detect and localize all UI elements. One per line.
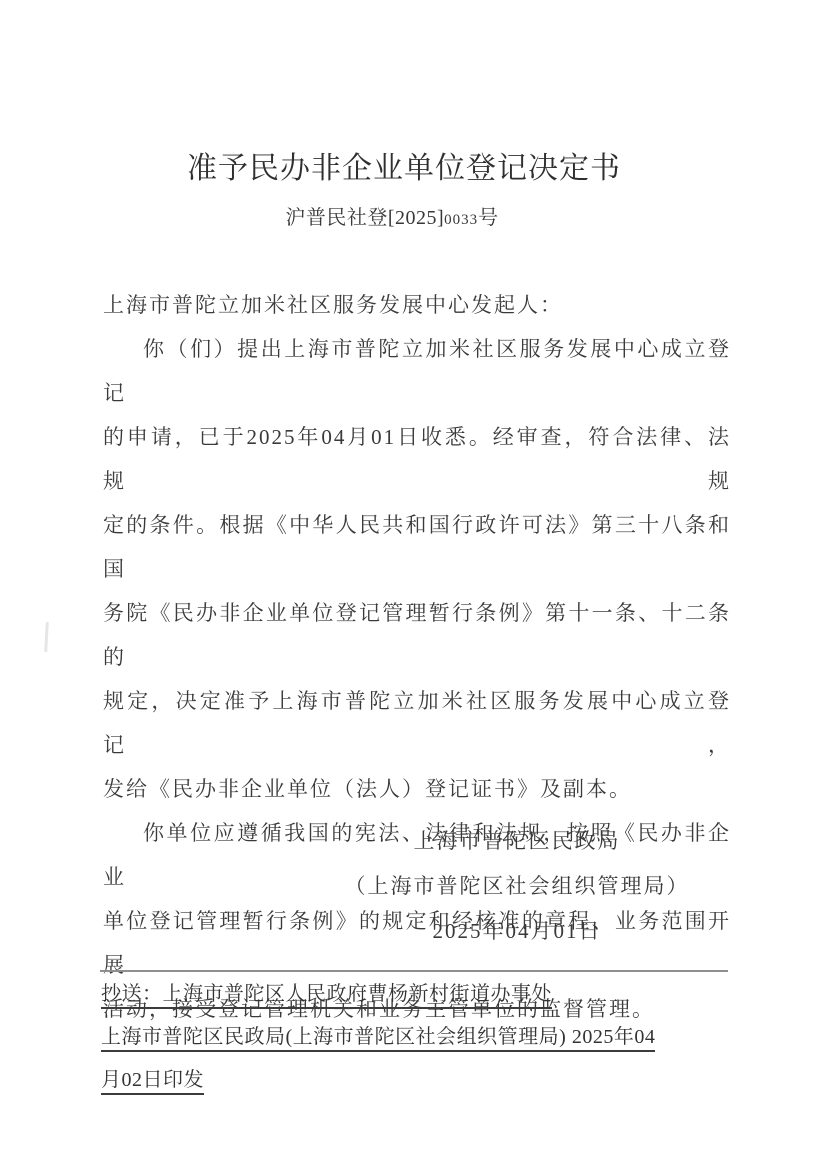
footer-block: 抄送：上海市普陀区人民政府曹杨新村街道办事处 上海市普陀区民政局(上海市普陀区社…: [101, 973, 741, 1102]
issue-info-line-1: 上海市普陀区民政局(上海市普陀区社会组织管理局) 2025年04: [101, 1016, 741, 1059]
body-line: 你（们）提出上海市普陀立加米社区服务发展中心成立登记: [103, 327, 731, 415]
decision-date: 2025年04月01日: [203, 909, 826, 954]
issue-info-line-2: 月02日印发: [101, 1059, 741, 1102]
footer-divider: [100, 970, 728, 972]
body-line: 定的条件。根据《中华人民共和国行政许可法》第三十八条和国: [103, 503, 731, 591]
body-line: 发给《民办非企业单位（法人）登记证书》及副本。: [103, 767, 731, 811]
issuing-authority: 上海市普陀区民政局: [203, 819, 826, 864]
cc-line: 抄送：上海市普陀区人民政府曹杨新村街道办事处: [101, 973, 741, 1016]
doc-number-suffix: 号: [478, 207, 499, 229]
signature-block: 上海市普陀区民政局 （上海市普陀区社会组织管理局） 2025年04月01日: [203, 819, 826, 954]
issuing-authority-alias: （上海市普陀区社会组织管理局）: [203, 864, 826, 909]
doc-number-serial: 0033: [444, 212, 478, 228]
document-number: 沪普民社登[2025]0033号: [0, 201, 805, 230]
doc-number-prefix: 沪普民社登: [285, 207, 388, 229]
body-line: 务院《民办非企业单位登记管理暂行条例》第十一条、十二条的: [103, 591, 731, 679]
doc-number-year: [2025]: [388, 207, 444, 229]
document-title: 准予民办非企业单位登记决定书: [0, 143, 817, 187]
salutation-line: 上海市普陀立加米社区服务发展中心发起人：: [103, 283, 731, 327]
document-page: 准予民办非企业单位登记决定书 沪普民社登[2025]0033号 上海市普陀立加米…: [0, 0, 826, 1168]
body-line: 规定，决定准予上海市普陀立加米社区服务发展中心成立登记，: [103, 679, 731, 767]
body-line: 的申请，已于2025年04月01日收悉。经审查，符合法律、法规规: [103, 415, 731, 503]
scan-artifact: [44, 622, 49, 652]
